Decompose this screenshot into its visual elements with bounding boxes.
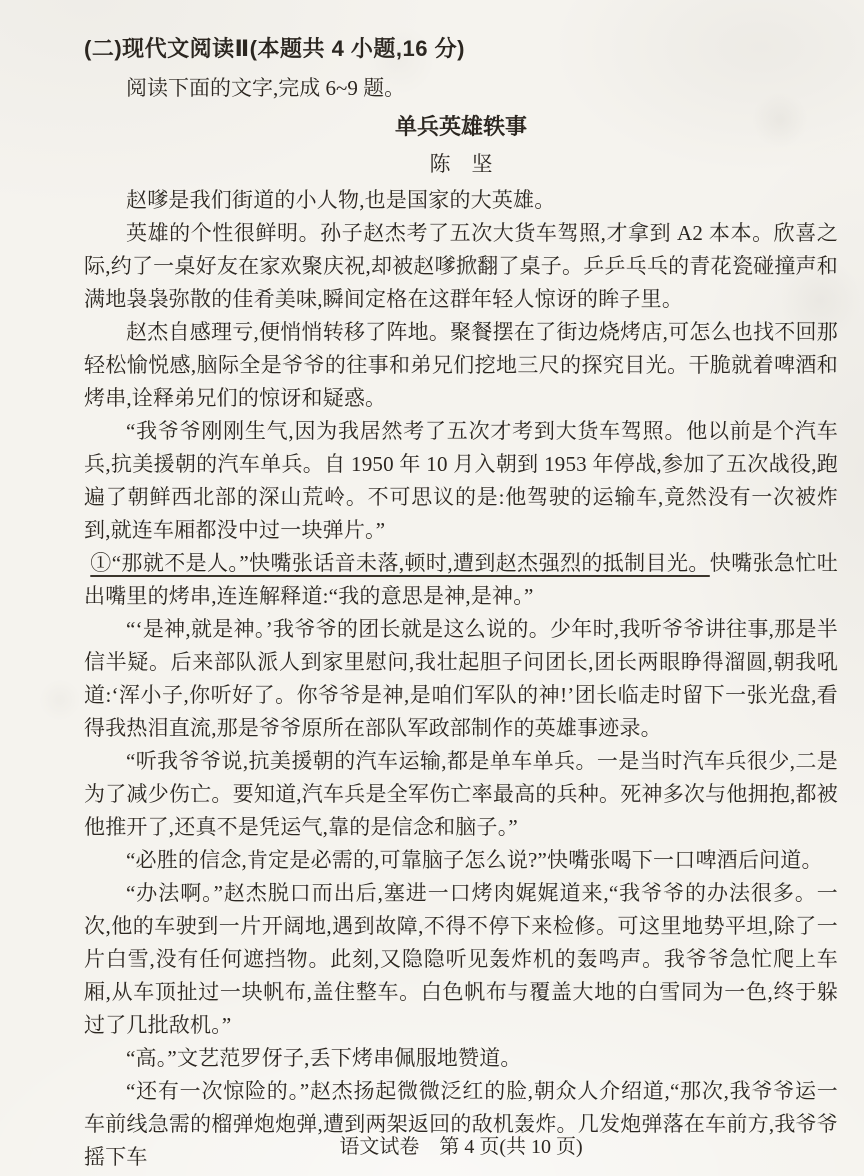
paragraph-6: “‘是神,就是神。’我爷爷的团长就是这么说的。少年时,我听爷爷讲往事,那是半信半… xyxy=(84,613,838,745)
paragraph-9: “办法啊。”赵杰脱口而出后,塞进一口烤肉娓娓道来,“我爷爷的办法很多。一次,他的… xyxy=(84,877,838,1042)
paragraph-1: 赵嗲是我们街道的小人物,也是国家的大英雄。 xyxy=(84,184,838,217)
article-author: 陈 坚 xyxy=(84,149,838,179)
article-title: 单兵英雄轶事 xyxy=(84,112,838,142)
underlined-sentence-1: ①“那就不是人。”快嘴张话音未落,顿时,遭到赵杰强烈的抵制目光。 xyxy=(90,551,710,575)
paragraph-3: 赵杰自感理亏,便悄悄转移了阵地。聚餐摆在了街边烧烤店,可怎么也找不回那轻松愉悦感… xyxy=(84,316,838,415)
paragraph-7: “听我爷爷说,抗美援朝的汽车运输,都是单车单兵。一是当时汽车兵很少,二是为了减少… xyxy=(84,745,838,844)
paragraph-5: ①“那就不是人。”快嘴张话音未落,顿时,遭到赵杰强烈的抵制目光。快嘴张急忙吐出嘴… xyxy=(84,547,838,613)
section-heading: (二)现代文阅读Ⅱ(本题共 4 小题,16 分) xyxy=(84,34,838,64)
page-footer: 语文试卷 第 4 页(共 10 页) xyxy=(84,1134,838,1160)
paragraph-4: “我爷爷刚刚生气,因为我居然考了五次才考到大货车驾照。他以前是个汽车兵,抗美援朝… xyxy=(84,415,838,547)
paragraph-8: “必胜的信念,肯定是必需的,可靠脑子怎么说?”快嘴张喝下一口啤酒后问道。 xyxy=(84,844,838,877)
paragraph-2: 英雄的个性很鲜明。孙子赵杰考了五次大货车驾照,才拿到 A2 本本。欣喜之际,约了… xyxy=(84,217,838,316)
reading-instruction: 阅读下面的文字,完成 6~9 题。 xyxy=(84,73,838,103)
exam-page: (二)现代文阅读Ⅱ(本题共 4 小题,16 分) 阅读下面的文字,完成 6~9 … xyxy=(0,0,864,1176)
paragraph-10: “高。”文艺范罗伢子,丢下烤串佩服地赞道。 xyxy=(84,1042,838,1075)
article-body: 赵嗲是我们街道的小人物,也是国家的大英雄。 英雄的个性很鲜明。孙子赵杰考了五次大… xyxy=(84,184,838,1174)
